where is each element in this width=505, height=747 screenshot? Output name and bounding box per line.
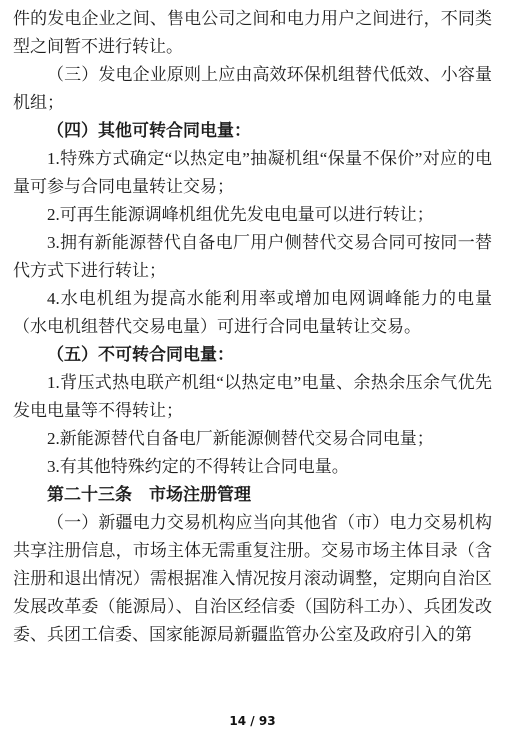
paragraph-continuation: 件的发电企业之间、售电公司之间和电力用户之间进行，不同类型之间暂不进行转让。 xyxy=(13,5,492,61)
paragraph-sub-5-2: 2.新能源替代自备电厂新能源侧替代交易合同电量； xyxy=(13,425,492,453)
page-number-indicator: 14 / 93 xyxy=(0,712,505,730)
paragraph-sub-1: 1.特殊方式确定“以热定电”抽凝机组“保量不保价”对应的电量可参与合同电量转让交… xyxy=(13,145,492,201)
heading-article-23: 第二十三条 市场注册管理 xyxy=(13,481,492,509)
paragraph-article-23-1: （一）新疆电力交易机构应当向其他省（市）电力交易机构共享注册信息，市场主体无需重… xyxy=(13,509,492,649)
heading-item-5: （五）不可转合同电量： xyxy=(13,341,492,369)
paragraph-sub-5-1: 1.背压式热电联产机组“以热定电”电量、余热余压余气优先发电电量等不得转让； xyxy=(13,369,492,425)
document-content: 件的发电企业之间、售电公司之间和电力用户之间进行，不同类型之间暂不进行转让。 （… xyxy=(0,0,505,649)
paragraph-sub-4: 4.水电机组为提高水能利用率或增加电网调峰能力的电量（水电机组替代交易电量）可进… xyxy=(13,285,492,341)
paragraph-sub-5-3: 3.有其他特殊约定的不得转让合同电量。 xyxy=(13,453,492,481)
heading-item-4: （四）其他可转合同电量： xyxy=(13,117,492,145)
paragraph-item-3: （三）发电企业原则上应由高效环保机组替代低效、小容量机组； xyxy=(13,61,492,117)
paragraph-sub-3: 3.拥有新能源替代自备电厂用户侧替代交易合同可按同一替代方式下进行转让； xyxy=(13,229,492,285)
document-page: 件的发电企业之间、售电公司之间和电力用户之间进行，不同类型之间暂不进行转让。 （… xyxy=(0,0,505,747)
paragraph-sub-2: 2.可再生能源调峰机组优先发电电量可以进行转让； xyxy=(13,201,492,229)
